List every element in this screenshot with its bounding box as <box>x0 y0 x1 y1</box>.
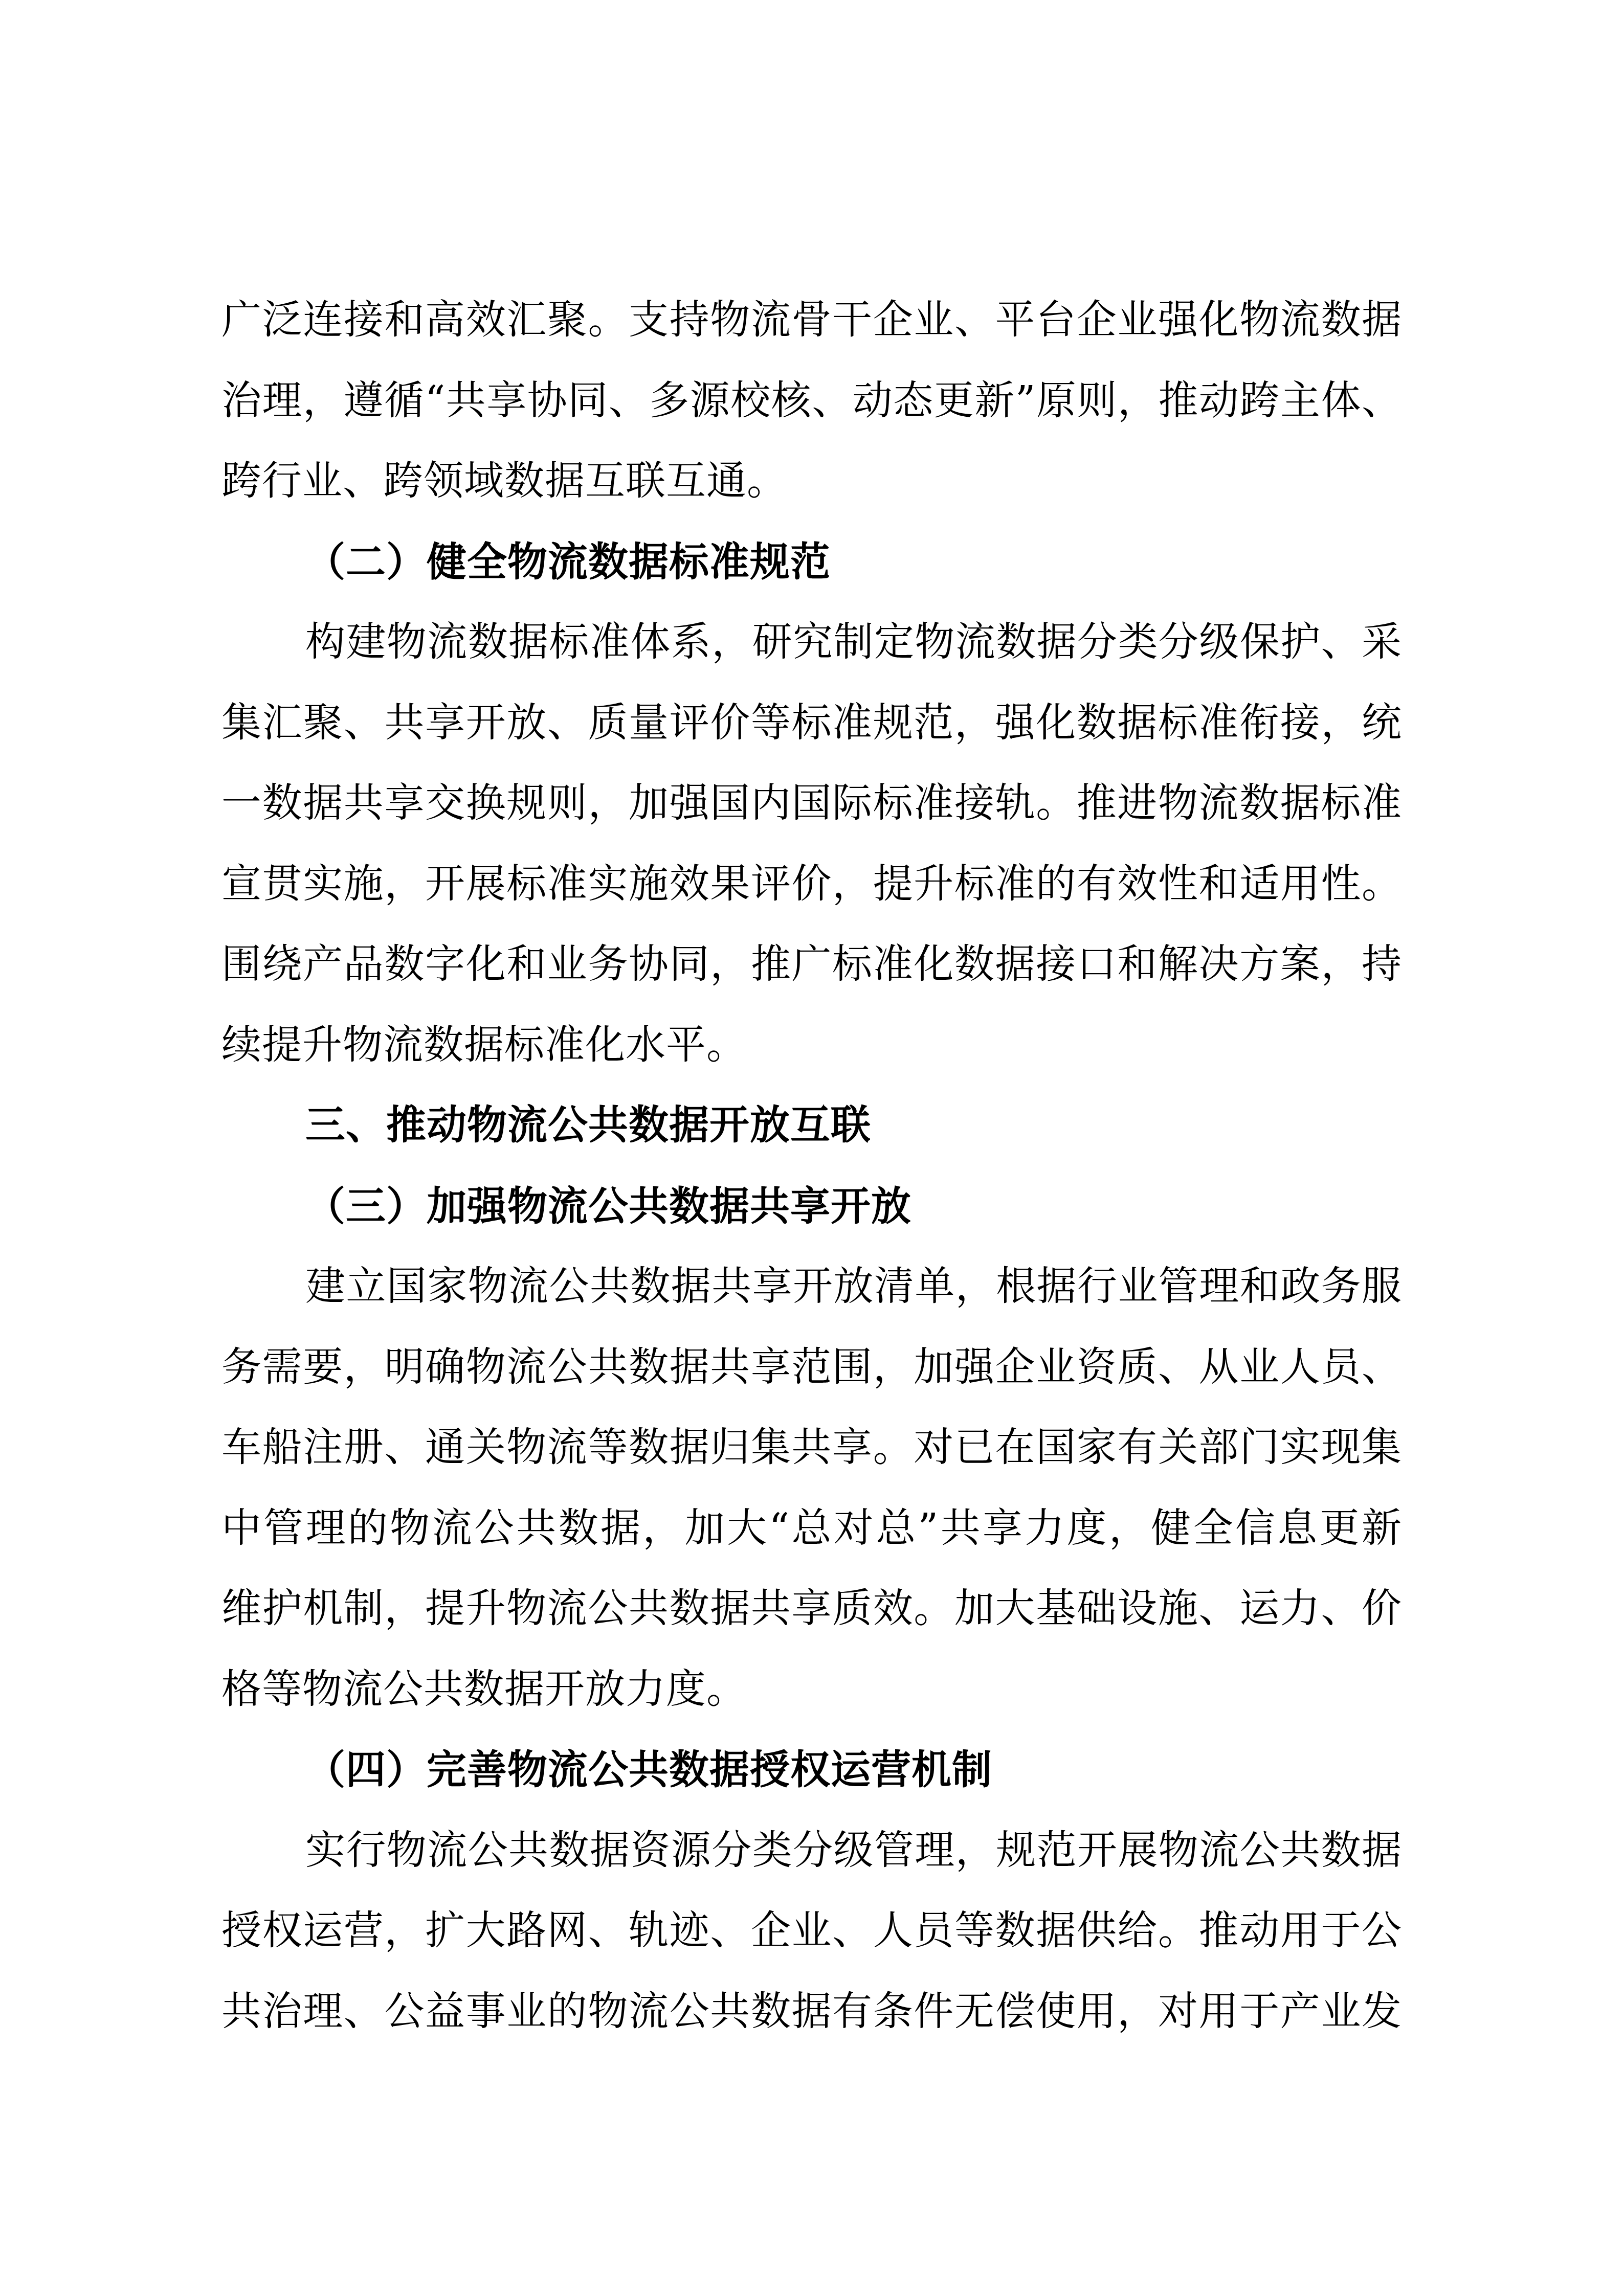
paragraph-line: 车船注册、通关物流等数据归集共享。对已在国家有关部门实现集 <box>221 1408 1401 1489</box>
paragraph-line: 集汇聚、共享开放、质量评价等标准规范，强化数据标准衔接，统 <box>221 683 1401 764</box>
paragraph-line: 务需要，明确物流公共数据共享范围，加强企业资质、从业人员、 <box>221 1327 1401 1408</box>
paragraph-line: 构建物流数据标准体系，研究制定物流数据分类分级保护、采 <box>221 602 1401 683</box>
paragraph-line: 跨行业、跨领域数据互联互通。 <box>221 441 1401 522</box>
paragraph-line: 授权运营，扩大路网、轨迹、企业、人员等数据供给。推动用于公 <box>221 1891 1401 1972</box>
subheading-sharing: （三）加强物流公共数据共享开放 <box>221 1166 1401 1247</box>
paragraph-line: 广泛连接和高效汇聚。支持物流骨干企业、平台企业强化物流数据 <box>221 280 1401 361</box>
paragraph-line: 中管理的物流公共数据，加大“总对总”共享力度，健全信息更新 <box>221 1489 1401 1569</box>
document-page: 广泛连接和高效汇聚。支持物流骨干企业、平台企业强化物流数据 治理，遵循“共享协同… <box>0 0 1624 2296</box>
subheading-standards: （二）健全物流数据标准规范 <box>221 522 1401 603</box>
paragraph-line: 治理，遵循“共享协同、多源校核、动态更新”原则，推动跨主体、 <box>221 361 1401 442</box>
paragraph-line: 一数据共享交换规则，加强国内国际标准接轨。推进物流数据标准 <box>221 763 1401 844</box>
document-body: 广泛连接和高效汇聚。支持物流骨干企业、平台企业强化物流数据 治理，遵循“共享协同… <box>221 280 1401 2052</box>
paragraph-line: 共治理、公益事业的物流公共数据有条件无偿使用，对用于产业发 <box>221 1972 1401 2053</box>
paragraph-line: 围绕产品数字化和业务协同，推广标准化数据接口和解决方案，持 <box>221 925 1401 1005</box>
paragraph-line: 宣贯实施，开展标准实施效果评价，提升标准的有效性和适用性。 <box>221 844 1401 925</box>
paragraph-line: 维护机制，提升物流公共数据共享质效。加大基础设施、运力、价 <box>221 1569 1401 1650</box>
subheading-authorized-operation: （四）完善物流公共数据授权运营机制 <box>221 1730 1401 1811</box>
paragraph-line: 建立国家物流公共数据共享开放清单，根据行业管理和政务服 <box>221 1247 1401 1327</box>
section-heading-three: 三、推动物流公共数据开放互联 <box>221 1086 1401 1166</box>
paragraph-line: 格等物流公共数据开放力度。 <box>221 1650 1401 1730</box>
paragraph-line: 续提升物流数据标准化水平。 <box>221 1005 1401 1086</box>
paragraph-line: 实行物流公共数据资源分类分级管理，规范开展物流公共数据 <box>221 1811 1401 1892</box>
